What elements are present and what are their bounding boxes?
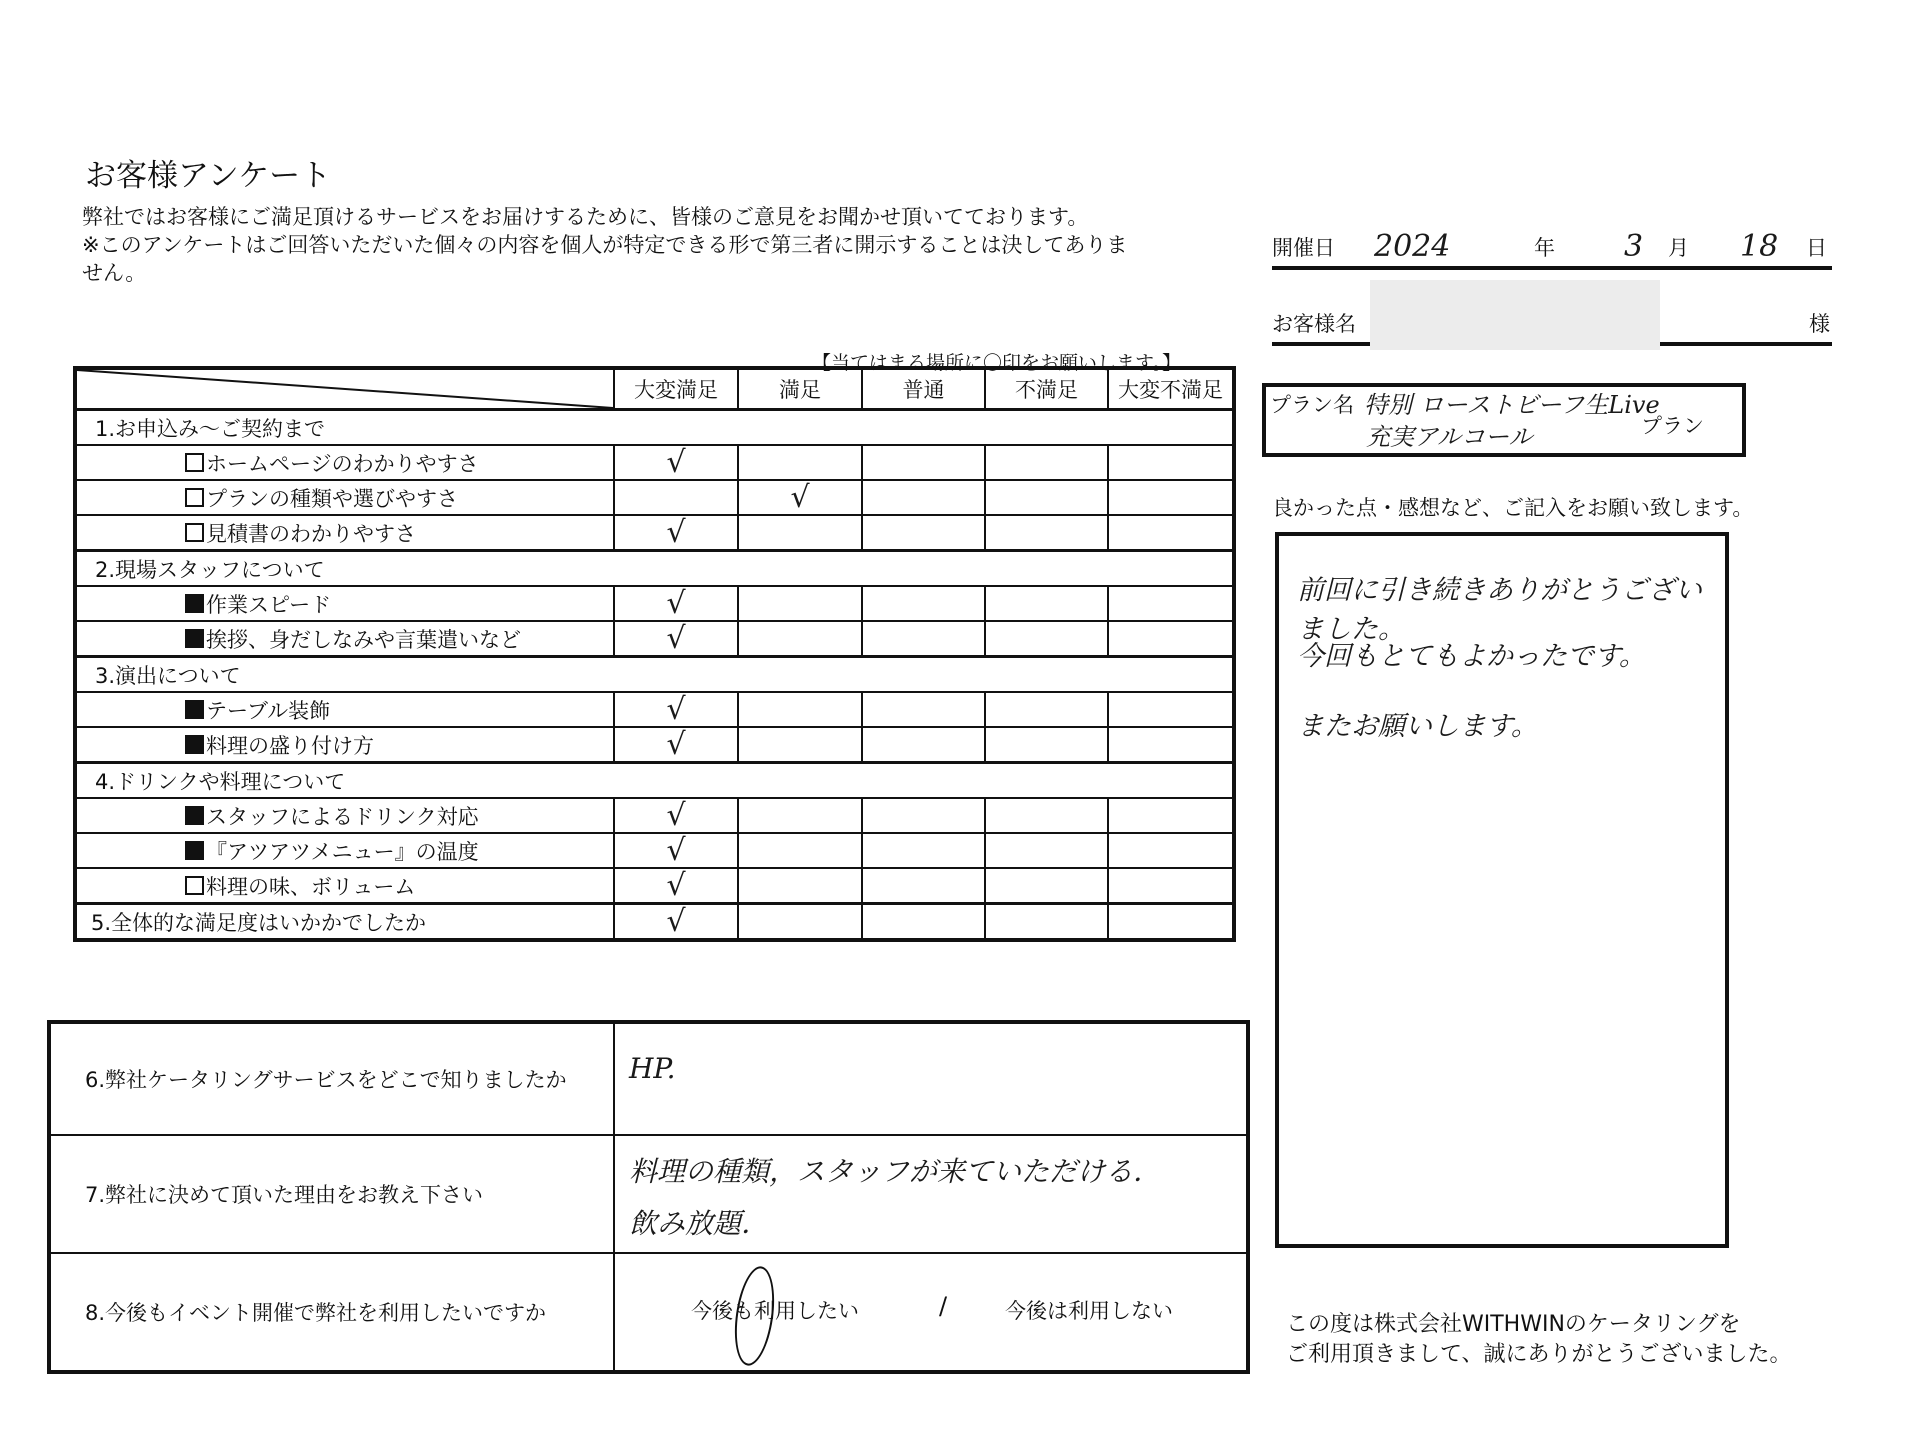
rating-item: ホームページのわかりやすさ: [75, 445, 614, 480]
column-header: 大変満足: [614, 368, 738, 410]
rating-item: 見積書のわかりやすさ: [75, 515, 614, 551]
rating-item-label: テーブル装飾: [206, 699, 330, 723]
rating-cell[interactable]: [985, 480, 1108, 515]
rating-cell[interactable]: [862, 868, 985, 904]
rating-cell[interactable]: √: [614, 868, 738, 904]
column-header: 普通: [862, 368, 985, 410]
rating-cell[interactable]: [1108, 904, 1234, 941]
rating-item-label: 料理の盛り付け方: [206, 734, 374, 758]
question-row: 8.今後もイベント開催で弊社を利用したいですか 今後も利用したい / 今後は利用…: [49, 1253, 1248, 1372]
rating-row: 『アツアツメニュー』の温度√: [75, 833, 1234, 868]
rating-header-row: 大変満足 満足 普通 不満足 大変不満足: [75, 368, 1234, 410]
empty-checkbox-icon[interactable]: [185, 876, 204, 895]
rating-cell[interactable]: [738, 833, 862, 868]
thank-you-line: ご利用頂きまして、誠にありがとうございました。: [1286, 1340, 1792, 1370]
column-header: 不満足: [985, 368, 1108, 410]
plan-name-label: プラン名: [1270, 389, 1354, 419]
rating-table: 大変満足 満足 普通 不満足 大変不満足 1.お申込み～ご契約までホームページの…: [73, 366, 1236, 942]
rating-row: プランの種類や選びやすさ√: [75, 480, 1234, 515]
rating-cell[interactable]: [1108, 621, 1234, 657]
rating-cell[interactable]: √: [614, 798, 738, 833]
rating-cell[interactable]: [738, 868, 862, 904]
rating-cell[interactable]: √: [614, 515, 738, 551]
question-row: 6.弊社ケータリングサービスをどこで知りましたか HP.: [49, 1022, 1248, 1135]
question-row: 7.弊社に決めて頂いた理由をお教え下さい 料理の種類，スタッフが来ていただける．…: [49, 1135, 1248, 1253]
event-date-field[interactable]: 開催日 2024 年 3 月 18 日: [1272, 226, 1832, 270]
rating-cell[interactable]: [985, 833, 1108, 868]
rating-cell[interactable]: [985, 621, 1108, 657]
rating-cell[interactable]: [738, 445, 862, 480]
rating-cell[interactable]: √: [738, 480, 862, 515]
rating-cell[interactable]: [985, 727, 1108, 763]
rating-cell[interactable]: [862, 480, 985, 515]
filled-checkbox-icon[interactable]: [185, 735, 204, 754]
rating-item: テーブル装飾: [75, 692, 614, 727]
rating-item: スタッフによるドリンク対応: [75, 798, 614, 833]
section-row: 2.現場スタッフについて: [75, 551, 1234, 587]
rating-item-label: 挨拶、身だしなみや言葉遣いなど: [206, 628, 521, 652]
rating-cell[interactable]: [862, 727, 985, 763]
answer-text: 飲み放題．: [629, 1202, 769, 1242]
rating-item-label: 作業スピード: [206, 593, 331, 617]
thank-you-message: この度は株式会社WITHWINのケータリングを ご利用頂きまして、誠にありがとう…: [1286, 1310, 1792, 1370]
rating-item: プランの種類や選びやすさ: [75, 480, 614, 515]
rating-item: 作業スピード: [75, 586, 614, 621]
empty-checkbox-icon[interactable]: [185, 453, 204, 472]
rating-row: スタッフによるドリンク対応√: [75, 798, 1234, 833]
rating-row: 挨拶、身だしなみや言葉遣いなど√: [75, 621, 1234, 657]
rating-cell[interactable]: [738, 798, 862, 833]
rating-cell[interactable]: [862, 515, 985, 551]
answer-field[interactable]: HP.: [614, 1022, 1248, 1135]
rating-cell[interactable]: [614, 480, 738, 515]
rating-cell[interactable]: [1108, 727, 1234, 763]
rating-item-label: プランの種類や選びやすさ: [206, 487, 458, 511]
rating-cell[interactable]: [738, 727, 862, 763]
section-title: 3.演出について: [75, 657, 1234, 693]
event-day-value: 18: [1740, 229, 1778, 264]
rating-row: 作業スピード√: [75, 586, 1234, 621]
rating-cell[interactable]: [1108, 586, 1234, 621]
rating-item-label: ホームページのわかりやすさ: [206, 452, 479, 476]
rating-cell[interactable]: [862, 445, 985, 480]
rating-cell[interactable]: [985, 692, 1108, 727]
rating-cell[interactable]: [985, 904, 1108, 941]
option-reuse-no[interactable]: 今後は利用しない: [1005, 1295, 1173, 1325]
customer-honorific: 様: [1809, 308, 1830, 338]
rating-row: 料理の味、ボリューム√: [75, 868, 1234, 904]
plan-suffix: プラン: [1641, 410, 1704, 440]
rating-item: 挨拶、身だしなみや言葉遣いなど: [75, 621, 614, 657]
rating-cell[interactable]: [1108, 515, 1234, 551]
section-row: 3.演出について: [75, 657, 1234, 693]
rating-cell[interactable]: √: [614, 445, 738, 480]
overall-rating-label: 5.全体的な満足度はいかかでしたか: [75, 904, 614, 941]
event-date-label: 開催日: [1272, 232, 1335, 262]
day-unit: 日: [1806, 232, 1827, 262]
rating-cell[interactable]: [862, 798, 985, 833]
section-title: 4.ドリンクや料理について: [75, 763, 1234, 799]
rating-row: ホームページのわかりやすさ√: [75, 445, 1234, 480]
intro-text: 弊社ではお客様にご満足頂けるサービスをお届けするために、皆様のご意見をお聞かせ頂…: [82, 203, 1242, 287]
plan-name-value-line2: 充実アルコール: [1366, 417, 1533, 452]
answer-field[interactable]: 料理の種類，スタッフが来ていただける． 飲み放題．: [614, 1135, 1248, 1253]
filled-checkbox-icon[interactable]: [185, 629, 204, 648]
open-questions-table: 6.弊社ケータリングサービスをどこで知りましたか HP. 7.弊社に決めて頂いた…: [47, 1020, 1250, 1374]
rating-row: 料理の盛り付け方√: [75, 727, 1234, 763]
rating-item: 料理の味、ボリューム: [75, 868, 614, 904]
rating-item-label: スタッフによるドリンク対応: [206, 805, 479, 829]
rating-cell[interactable]: √: [614, 727, 738, 763]
event-month-value: 3: [1624, 229, 1643, 264]
rating-cell[interactable]: [738, 692, 862, 727]
rating-row: 見積書のわかりやすさ√: [75, 515, 1234, 551]
rating-cell[interactable]: [985, 445, 1108, 480]
plan-name-field[interactable]: プラン名 特別 ローストビーフ生Live 充実アルコール プラン: [1262, 383, 1746, 457]
filled-checkbox-icon[interactable]: [185, 594, 204, 613]
rating-item: 料理の盛り付け方: [75, 727, 614, 763]
plan-name-value-line1: 特別 ローストビーフ生Live: [1364, 385, 1660, 420]
rating-cell[interactable]: [738, 904, 862, 941]
rating-cell[interactable]: [1108, 868, 1234, 904]
rating-cell[interactable]: [1108, 692, 1234, 727]
comments-label: 良かった点・感想など、ご記入をお願い致します。: [1272, 492, 1753, 522]
rating-cell[interactable]: [985, 798, 1108, 833]
filled-checkbox-icon[interactable]: [185, 841, 204, 860]
rating-cell[interactable]: [738, 586, 862, 621]
rating-cell[interactable]: [862, 621, 985, 657]
option-reuse-yes[interactable]: 今後も利用したい: [691, 1295, 859, 1325]
page-title: お客様アンケート: [85, 150, 331, 195]
rating-cell[interactable]: [862, 904, 985, 941]
answer-text: HP.: [629, 1052, 675, 1085]
rating-cell[interactable]: √: [614, 621, 738, 657]
overall-rating-row: 5.全体的な満足度はいかかでしたか√: [75, 904, 1234, 941]
rating-row: テーブル装飾√: [75, 692, 1234, 727]
rating-cell[interactable]: √: [614, 904, 738, 941]
comment-line: またお願いします。: [1297, 704, 1538, 743]
rating-cell[interactable]: [862, 586, 985, 621]
section-row: 4.ドリンクや料理について: [75, 763, 1234, 799]
rating-cell[interactable]: [862, 692, 985, 727]
year-unit: 年: [1534, 232, 1555, 262]
rating-cell[interactable]: [985, 586, 1108, 621]
filled-checkbox-icon[interactable]: [185, 700, 204, 719]
question-label: 6.弊社ケータリングサービスをどこで知りましたか: [49, 1022, 614, 1135]
customer-name-label: お客様名: [1272, 308, 1356, 338]
empty-checkbox-icon[interactable]: [185, 523, 204, 542]
column-header: 満足: [738, 368, 862, 410]
empty-checkbox-icon[interactable]: [185, 488, 204, 507]
section-row: 1.お申込み～ご契約まで: [75, 410, 1234, 446]
rating-cell[interactable]: [985, 515, 1108, 551]
rating-cell[interactable]: [985, 868, 1108, 904]
customer-name-field[interactable]: お客様名 様: [1272, 302, 1832, 346]
option-separator: /: [939, 1292, 947, 1320]
answer-text: 料理の種類，スタッフが来ていただける．: [629, 1150, 1161, 1190]
rating-item-label: 『アツアツメニュー』の温度: [206, 840, 479, 864]
rating-item-label: 料理の味、ボリューム: [206, 875, 415, 899]
section-title: 1.お申込み～ご契約まで: [75, 410, 1234, 446]
column-header: 大変不満足: [1108, 368, 1234, 410]
month-unit: 月: [1668, 232, 1689, 262]
selection-circle-mark: [729, 1264, 780, 1368]
rating-item-label: 見積書のわかりやすさ: [206, 522, 416, 546]
reuse-choice-field: 今後も利用したい / 今後は利用しない: [614, 1253, 1248, 1372]
corner-cell: [75, 368, 614, 410]
rating-cell[interactable]: [862, 833, 985, 868]
thank-you-line: この度は株式会社WITHWINのケータリングを: [1286, 1310, 1792, 1340]
rating-item: 『アツアツメニュー』の温度: [75, 833, 614, 868]
rating-cell[interactable]: √: [614, 833, 738, 868]
rating-cell[interactable]: √: [614, 586, 738, 621]
comments-field[interactable]: 前回に引き続きありがとうございました。 今回もとてもよかったです。 またお願いし…: [1275, 532, 1729, 1248]
customer-name-redaction: [1370, 280, 1660, 350]
question-label: 8.今後もイベント開催で弊社を利用したいですか: [49, 1253, 614, 1372]
rating-cell[interactable]: [738, 621, 862, 657]
intro-line: ※このアンケートはご回答いただいた個々の内容を個人が特定できる形で第三者に開示す…: [82, 231, 1242, 259]
rating-cell[interactable]: [1108, 833, 1234, 868]
rating-cell[interactable]: [1108, 798, 1234, 833]
rating-cell[interactable]: [1108, 445, 1234, 480]
event-year-value: 2024: [1374, 229, 1450, 264]
rating-cell[interactable]: [1108, 480, 1234, 515]
rating-cell[interactable]: √: [614, 692, 738, 727]
section-title: 2.現場スタッフについて: [75, 551, 1234, 587]
rating-cell[interactable]: [738, 515, 862, 551]
intro-line: 弊社ではお客様にご満足頂けるサービスをお届けするために、皆様のご意見をお聞かせ頂…: [82, 203, 1242, 231]
question-label: 7.弊社に決めて頂いた理由をお教え下さい: [49, 1135, 614, 1253]
filled-checkbox-icon[interactable]: [185, 806, 204, 825]
comment-line: 今回もとてもよかったです。: [1297, 634, 1646, 673]
intro-line: せん。: [82, 259, 1242, 287]
